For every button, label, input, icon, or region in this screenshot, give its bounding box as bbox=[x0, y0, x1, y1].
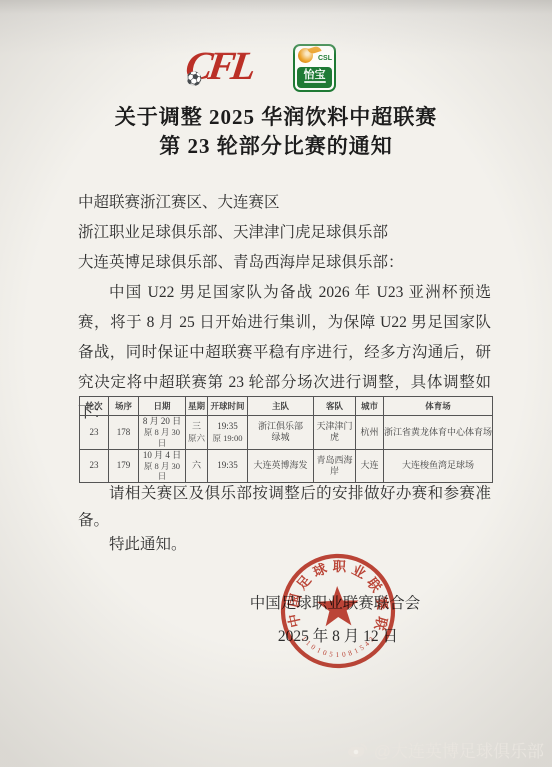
home-team-line1: 浙江俱乐部 bbox=[248, 421, 313, 432]
date-new: 10 月 4 日 bbox=[139, 450, 185, 461]
cell-city: 大连 bbox=[356, 449, 384, 483]
cell-match-no: 178 bbox=[109, 416, 139, 450]
kickoff-original: 原 19:00 bbox=[208, 433, 247, 444]
weekday-new: 三 bbox=[186, 421, 207, 432]
cell-kickoff: 19:35 bbox=[208, 449, 248, 483]
svg-text:中国足球职业联赛联合会: 中国足球职业联赛联合会 bbox=[260, 533, 392, 637]
doc-title-line1: 关于调整 2025 华润饮料中超联赛 bbox=[0, 101, 552, 131]
col-header-city: 城市 bbox=[356, 397, 384, 416]
table-header-row: 轮次 场序 日期 星期 开球时间 主队 客队 城市 体育场 bbox=[80, 397, 493, 416]
cell-stadium: 浙江省黄龙体育中心体育场 bbox=[384, 416, 493, 450]
csl-brand-name: 怡宝 bbox=[297, 67, 332, 88]
cell-weekday: 六 bbox=[186, 449, 208, 483]
col-header-round: 轮次 bbox=[80, 397, 109, 416]
football-icon: ⚽ bbox=[186, 71, 202, 87]
cell-kickoff: 19:35 原 19:00 bbox=[208, 416, 248, 450]
cell-away-team: 天津津门虎 bbox=[314, 416, 356, 450]
request-paragraph: 请相关赛区及俱乐部按调整后的安排做好办赛和参赛准备。 bbox=[78, 480, 491, 534]
cell-date: 8 月 20 日 原 8 月 30 日 bbox=[139, 416, 186, 450]
date-original: 原 8 月 30 日 bbox=[139, 427, 185, 448]
recipient-line-3: 大连英博足球俱乐部、青岛西海岸足球俱乐部： bbox=[78, 248, 492, 278]
cell-round: 23 bbox=[80, 449, 109, 483]
seal-ring-text: 中国足球职业联赛联合会 bbox=[260, 533, 392, 637]
home-team-line2: 绿城 bbox=[248, 432, 313, 443]
doc-title-line2: 第 23 轮部分比赛的通知 bbox=[0, 130, 552, 160]
closing-line: 特此通知。 bbox=[78, 532, 187, 554]
kickoff-new: 19:35 bbox=[208, 421, 247, 432]
svg-text:1101051081543: 1101051081543 bbox=[299, 632, 376, 660]
weibo-icon bbox=[347, 741, 369, 758]
recipient-line-1: 中超联赛浙江赛区、大连赛区 bbox=[78, 188, 492, 218]
dragon-swirl-icon bbox=[298, 48, 313, 63]
cell-stadium: 大连梭鱼湾足球场 bbox=[384, 449, 493, 483]
recipient-line-2: 浙江职业足球俱乐部、天津津门虎足球俱乐部 bbox=[78, 218, 492, 248]
scanned-notice-document: CFL ⚽ CSL 怡宝 关于调整 2025 华润饮料中超联赛 第 23 轮部分… bbox=[0, 0, 552, 767]
col-header-stadium: 体育场 bbox=[384, 397, 493, 416]
weekday-original: 原六 bbox=[186, 433, 207, 444]
col-header-match-no: 场序 bbox=[109, 397, 139, 416]
watermark: @大连英博足球俱乐部 bbox=[347, 737, 544, 762]
table-row-match-179: 23 179 10 月 4 日 原 8 月 30 日 六 19:35 大连英博海… bbox=[80, 449, 493, 483]
schedule-table: 轮次 场序 日期 星期 开球时间 主队 客队 城市 体育场 23 178 8 月… bbox=[79, 396, 493, 483]
col-header-weekday: 星期 bbox=[186, 397, 208, 416]
csl-abbr: CSL bbox=[318, 55, 332, 62]
cell-match-no: 179 bbox=[109, 449, 139, 483]
cell-home-team: 浙江俱乐部 绿城 bbox=[248, 416, 314, 450]
cell-round: 23 bbox=[80, 416, 109, 450]
seal-code: 1101051081543 bbox=[299, 632, 376, 660]
col-header-away: 客队 bbox=[314, 397, 356, 416]
watermark-handle: @大连英博足球俱乐部 bbox=[374, 737, 544, 762]
cell-away-team: 青岛西海岸 bbox=[314, 449, 356, 483]
col-header-kickoff: 开球时间 bbox=[208, 397, 248, 416]
csl-badge-top: CSL bbox=[295, 46, 334, 66]
csl-sponsor-badge: CSL 怡宝 bbox=[293, 44, 336, 92]
seal-star-icon bbox=[316, 585, 359, 626]
table-row-match-178: 23 178 8 月 20 日 原 8 月 30 日 三 原六 19:35 原 … bbox=[80, 416, 493, 450]
col-header-home: 主队 bbox=[248, 397, 314, 416]
cell-weekday: 三 原六 bbox=[186, 416, 208, 450]
official-seal: 中国足球职业联赛联合会 1101051081543 bbox=[260, 533, 415, 688]
cfl-logo: CFL ⚽ bbox=[186, 47, 268, 91]
cell-home-team: 大连英博海发 bbox=[248, 449, 314, 483]
cell-date: 10 月 4 日 原 8 月 30 日 bbox=[139, 449, 186, 483]
date-new: 8 月 20 日 bbox=[139, 416, 185, 427]
col-header-date: 日期 bbox=[139, 397, 186, 416]
date-original: 原 8 月 30 日 bbox=[139, 461, 185, 482]
cell-city: 杭州 bbox=[356, 416, 384, 450]
recipients-block: 中超联赛浙江赛区、大连赛区 浙江职业足球俱乐部、天津津门虎足球俱乐部 大连英博足… bbox=[78, 188, 492, 278]
